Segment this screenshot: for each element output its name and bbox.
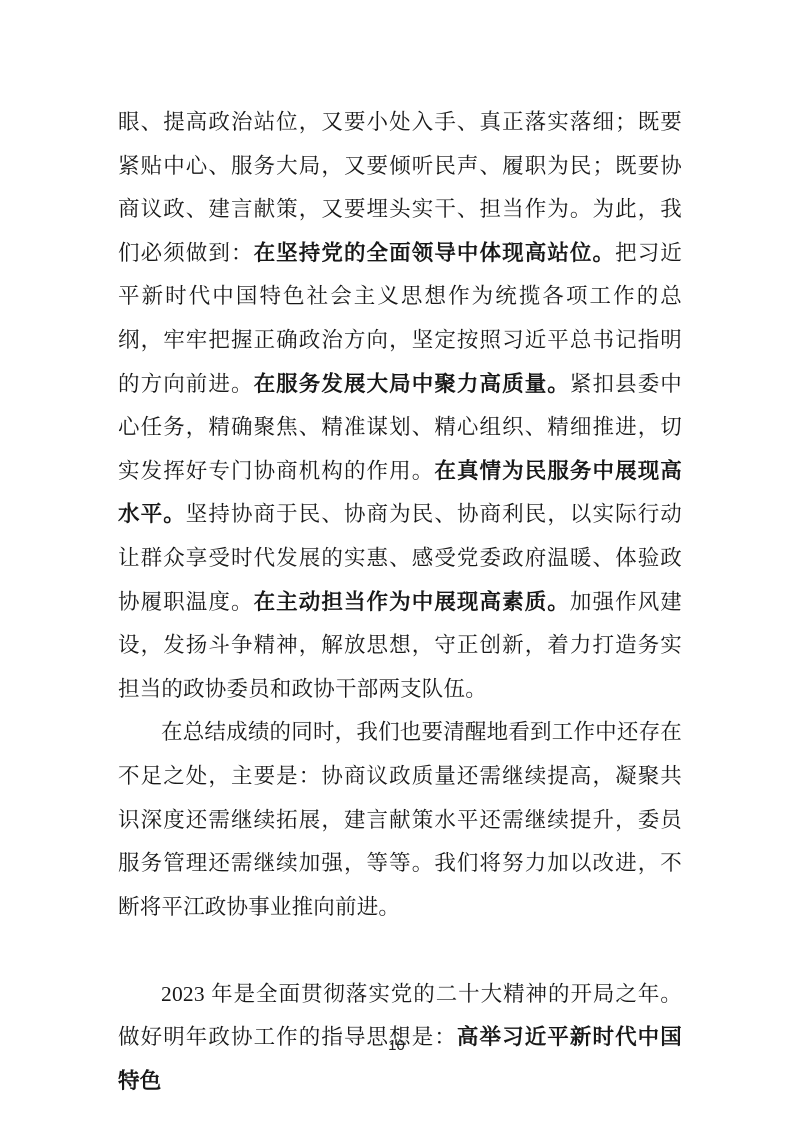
paragraph-shortcomings: 在总结成绩的同时，我们也要清醒地看到工作中还存在不足之处，主要是：协商议政质量还… xyxy=(118,711,682,929)
bold-heading-run: 在坚持党的全面领导中体现高站位。 xyxy=(254,241,616,265)
document-page: 眼、提高政治站位，又要小处入手、真正落实落细；既要紧贴中心、服务大局，又要倾听民… xyxy=(0,0,793,1122)
document-body: 眼、提高政治站位，又要小处入手、真正落实落细；既要紧贴中心、服务大局，又要倾听民… xyxy=(118,101,682,1104)
bold-heading-run: 在服务发展大局中聚力高质量。 xyxy=(254,372,570,396)
page-number: 10 xyxy=(0,1037,793,1054)
paragraph-continuation: 眼、提高政治站位，又要小处入手、真正落实落细；既要紧贴中心、服务大局，又要倾听民… xyxy=(118,101,682,711)
bold-heading-run: 在主动担当作为中展现高素质。 xyxy=(254,590,570,614)
text-run: 在总结成绩的同时，我们也要清醒地看到工作中还存在不足之处，主要是：协商议政质量还… xyxy=(118,720,682,918)
